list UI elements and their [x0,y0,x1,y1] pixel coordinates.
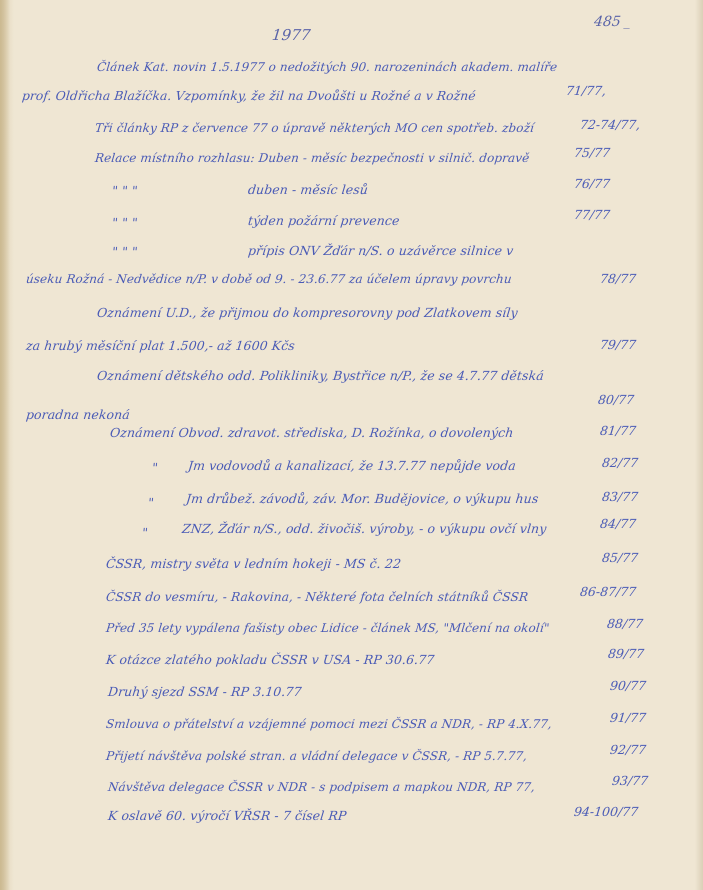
ditto-marks-15: " [147,495,155,511]
ditto-marks-5: " " " [111,183,138,199]
entry-line-8: úseku Rožná - Nedvědice n/P. v době od 9… [25,271,512,287]
entry-ref-25: 94-100/77 [573,804,639,820]
entry-ref-6: 77/77 [573,207,611,223]
entry-line-25: K oslavě 60. výročí VŘSR - 7 čísel RP [107,808,347,824]
binding-shadow [0,0,10,890]
ditto-marks-6: " " " [111,215,138,231]
entry-line-3: Tři články RP z července 77 o úpravě něk… [94,120,535,136]
ditto-marks-16: " [141,525,149,541]
entry-ref-2: 71/77, [565,83,607,99]
entry-line-16: ZNZ, Žďár n/S., odd. živočiš. výroby, - … [181,521,547,537]
entry-ref-5: 76/77 [573,176,611,192]
entry-ref-16: 84/77 [599,516,637,532]
entry-ref-15: 83/77 [601,489,639,505]
entry-line-4: Relace místního rozhlasu: Duben - měsíc … [94,150,530,166]
entry-line-21: Druhý sjezd SSM - RP 3.10.77 [107,684,302,700]
entry-ref-17: 85/77 [601,550,639,566]
entry-line-15: Jm drůbež. závodů, záv. Mor. Budějovice,… [185,491,539,507]
entry-line-20: K otázce zlatého pokladu ČSSR v USA - RP… [105,652,435,668]
entry-ref-10: 79/77 [599,337,637,353]
entry-line-2: prof. Oldřicha Blažíčka. Vzpomínky, že ž… [21,88,476,104]
entry-ref-13: 81/77 [599,423,637,439]
entry-ref-8: 78/77 [599,271,637,287]
entry-line-13: Oznámení Obvod. zdravot. střediska, D. R… [109,425,514,441]
entry-ref-20: 89/77 [607,646,645,662]
entry-ref-18: 86-87/77 [579,584,637,600]
entry-line-24: Návštěva delegace ČSSR v NDR - s podpise… [107,779,536,795]
entry-line-7: přípis ONV Žďár n/S. o uzávěrce silnice … [247,243,514,259]
entry-ref-12: 80/77 [597,392,635,408]
entry-line-10: za hrubý měsíční plat 1.500,- až 1600 Kč… [25,338,296,354]
entry-line-19: Před 35 lety vypálena fašisty obec Lidic… [105,620,550,636]
entry-ref-3: 72-74/77, [579,117,641,133]
entry-line-18: ČSSR do vesmíru, - Rakovina, - Některé f… [105,589,529,605]
entry-ref-24: 93/77 [611,773,649,789]
entry-ref-22: 91/77 [609,710,647,726]
entry-ref-19: 88/77 [606,616,644,632]
entry-ref-4: 75/77 [573,145,611,161]
page-number-dash: _ [623,14,631,30]
year-heading: 1977 [271,27,311,43]
entry-line-23: Přijetí návštěva polské stran. a vládní … [105,748,528,764]
entry-ref-23: 92/77 [609,742,647,758]
entry-line-17: ČSSR, mistry světa v ledním hokeji - MS … [105,556,402,572]
page-number: 485 [593,14,621,30]
entry-line-1: Článek Kat. novin 1.5.1977 o nedožitých … [96,59,558,75]
entry-line-12: poradna nekoná [25,407,131,423]
entry-ref-14: 82/77 [601,455,639,471]
entry-line-14: Jm vodovodů a kanalizací, že 13.7.77 nep… [187,458,517,474]
entry-line-11: Oznámení dětského odd. Polikliniky, Byst… [96,368,545,384]
entry-line-22: Smlouva o přátelství a vzájemné pomoci m… [105,716,553,732]
ditto-marks-14: " [151,460,159,476]
ditto-marks-7: " " " [111,244,138,260]
page-edge [695,0,703,890]
scanned-page: 485 _ 1977 Článek Kat. novin 1.5.1977 o … [0,0,703,890]
entry-line-6: týden požární prevence [247,213,400,229]
entry-ref-21: 90/77 [609,678,647,694]
entry-line-9: Oznámení U.D., že přijmou do kompresorov… [96,305,518,321]
entry-line-5: duben - měsíc lesů [247,182,369,198]
